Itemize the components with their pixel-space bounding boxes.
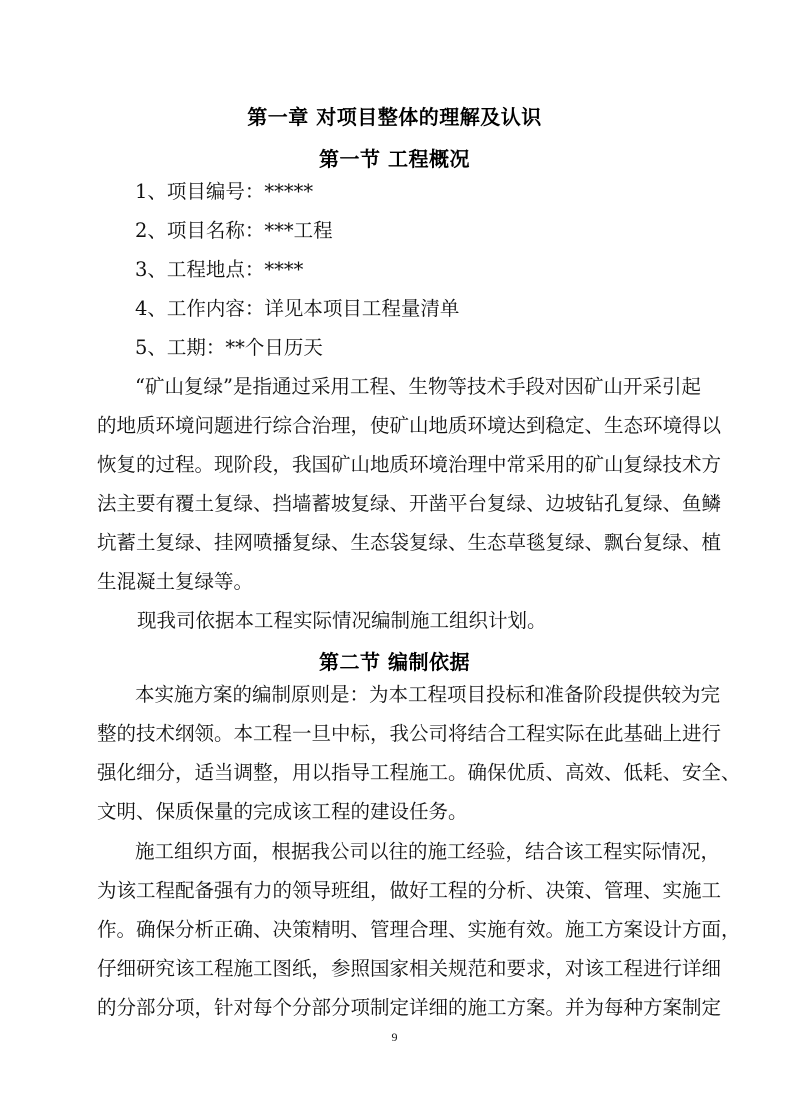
chapter-title: 第一章 对项目整体的理解及认识 — [0, 101, 789, 130]
project-number-item: 1、项目编号：***** — [135, 180, 313, 204]
project-name-item: 2、项目名称：***工程 — [135, 219, 333, 243]
document-page: 第一章 对项目整体的理解及认识 第一节 工程概况 1、项目编号：***** 2、… — [0, 0, 789, 1118]
paragraph-line: 文明、保质保量的完成该工程的建设任务。 — [97, 800, 691, 824]
paragraph-line: 坑蓄土复绿、挂网喷播复绿、生态袋复绿、生态草毯复绿、飘台复绿、植 — [97, 531, 691, 555]
paragraph-line: 强化细分，适当调整，用以指导工程施工。确保优质、高效、低耗、安全、 — [97, 761, 691, 785]
paragraph-line: 仔细研究该工程施工图纸，参照国家相关规范和要求，对该工程进行详细 — [97, 957, 691, 981]
paragraph-line: 的分部分项，针对每个分部分项制定详细的施工方案。并为每种方案制定 — [97, 996, 691, 1020]
section-title-basis: 第二节 编制依据 — [0, 646, 789, 675]
paragraph-line: 作。确保分析正确、决策精明、管理合理、实施有效。施工方案设计方面， — [97, 918, 691, 942]
paragraph-line: “矿山复绿”是指通过采用工程、生物等技术手段对因矿山开采引起 — [135, 375, 691, 399]
work-content-item: 4、工作内容：详见本项目工程量清单 — [135, 297, 459, 321]
paragraph-line: 本实施方案的编制原则是：为本工程项目投标和准备阶段提供较为完 — [135, 683, 691, 707]
paragraph-line: 生混凝土复绿等。 — [97, 570, 691, 594]
section-title-overview: 第一节 工程概况 — [0, 143, 789, 172]
paragraph-line: 恢复的过程。现阶段，我国矿山地质环境治理中常采用的矿山复绿技术方 — [97, 453, 691, 477]
paragraph-line: 整的技术纲领。本工程一旦中标，我公司将结合工程实际在此基础上进行 — [97, 722, 691, 746]
page-number: 9 — [0, 1030, 789, 1045]
paragraph-line: 的地质环境问题进行综合治理，使矿山地质环境达到稳定、生态环境得以 — [97, 414, 691, 438]
duration-item: 5、工期：**个日历天 — [135, 336, 323, 360]
plan-statement: 现我司依据本工程实际情况编制施工组织计划。 — [137, 609, 547, 633]
paragraph-line: 为该工程配备强有力的领导班组，做好工程的分析、决策、管理、实施工 — [97, 879, 691, 903]
project-location-item: 3、工程地点：**** — [135, 258, 303, 282]
paragraph-line: 施工组织方面，根据我公司以往的施工经验，结合该工程实际情况， — [135, 840, 691, 864]
paragraph-line: 法主要有覆土复绿、挡墙蓄坡复绿、开凿平台复绿、边坡钻孔复绿、鱼鳞 — [97, 492, 691, 516]
